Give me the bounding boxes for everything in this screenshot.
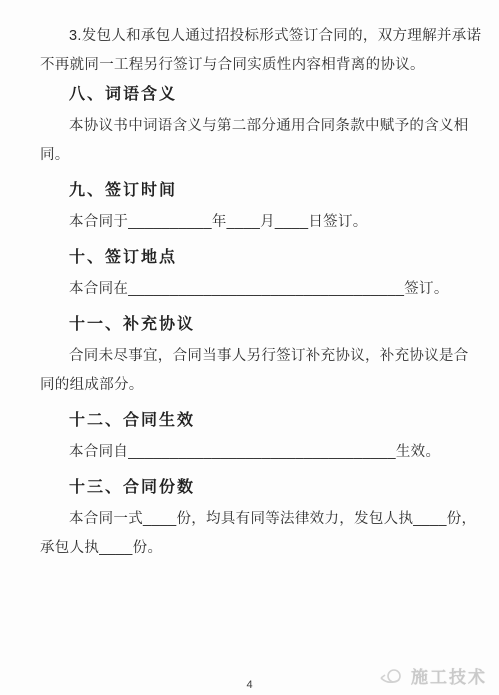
clause-3-line-1: 3.发包人和承包人通过招投标形式签订合同的，双方理解并承诺 [40,22,461,51]
contract-copies-line-1: 本合同一式____份，均具有同等法律效力，发包人执____份， [40,505,461,534]
words-meaning-body-line-1: 本协议书中词语含义与第二部分通用合同条款中赋予的含义相 [40,112,461,141]
supplementary-body-line-1: 合同未尽事宜，合同当事人另行签订补充协议，补充协议是合 [40,342,461,371]
heading-contract-copies: 十三、合同份数 [40,473,461,502]
supplementary-body-line-2: 同的组成部分。 [40,371,461,400]
heading-sign-time: 九、签订时间 [40,176,461,205]
heading-sign-place: 十、签订地点 [40,243,461,272]
document-page: 3.发包人和承包人通过招投标形式签订合同的，双方理解并承诺 不再就同一工程另行签… [0,0,499,695]
sign-time-fill-line: 本合同于__________年____月____日签订。 [40,208,461,237]
heading-contract-effective: 十二、合同生效 [40,406,461,435]
heading-supplementary-agreement: 十一、补充协议 [40,310,461,339]
contract-body: 3.发包人和承包人通过招投标形式签订合同的，双方理解并承诺 不再就同一工程另行签… [0,0,499,563]
clause-3-line-2: 不再就同一工程另行签订与合同实质性内容相背离的协议。 [40,51,461,80]
words-meaning-body-line-2: 同。 [40,141,461,170]
heading-words-meaning: 八、词语含义 [40,80,461,109]
contract-copies-line-2: 承包人执____份。 [40,534,461,563]
contract-effective-fill-line: 本合同自________________________________生效。 [40,438,461,467]
page-number: 4 [0,679,499,691]
sign-place-fill-line: 本合同在_________________________________签订。 [40,275,461,304]
